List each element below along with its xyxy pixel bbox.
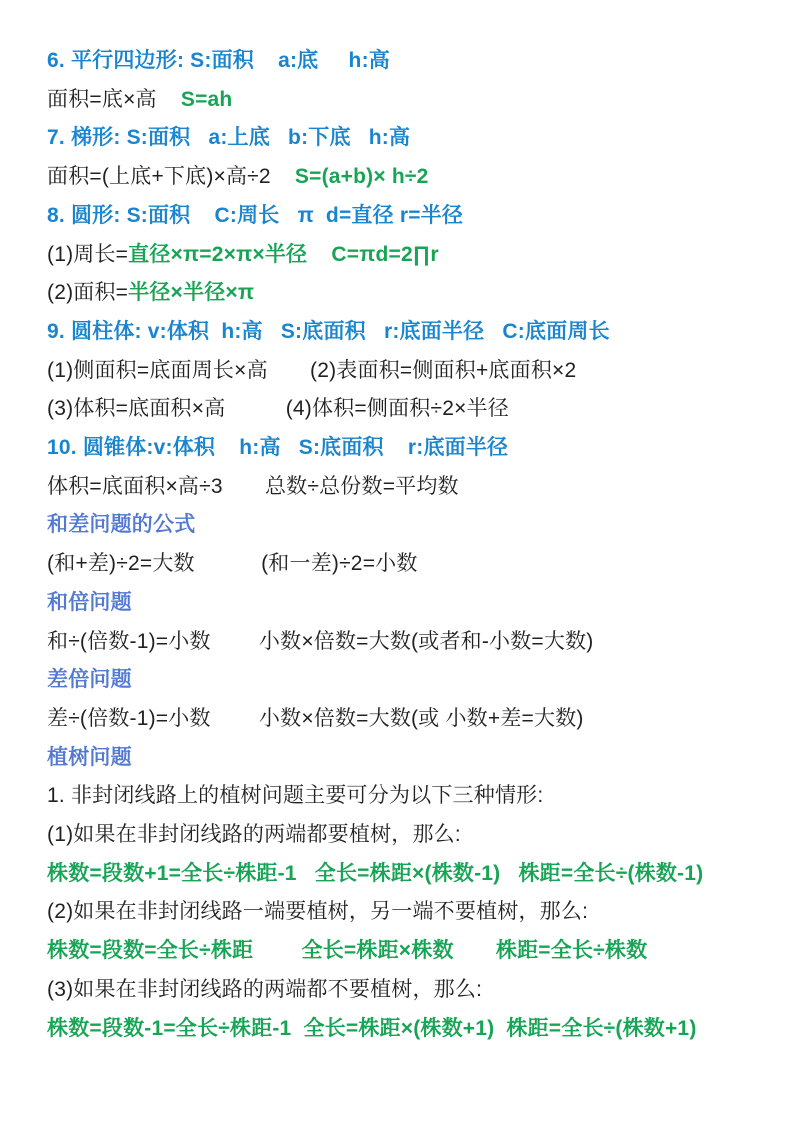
heading-trapezoid-segment-1: 7. 梯形: S:面积 a:上底 b:下底 h:高 <box>47 126 410 149</box>
heading-sum-difference: 和差问题的公式 <box>47 506 765 545</box>
formula-tree-case1: 株数=段数+1=全长÷株距-1 全长=株距×(株数-1) 株距=全长÷(株数-1… <box>47 855 765 894</box>
formula-circle-area-segment-2: 半径×半径×π <box>128 281 254 304</box>
formula-circle-circumference: (1)周长=直径×π=2×π×半径 C=πd=2∏r <box>47 236 765 275</box>
formula-cylinder-volume-segment-1: (3)体积=底面积×高 (4)体积=侧面积÷2×半径 <box>47 397 509 420</box>
formula-cylinder-surface-segment-1: (1)侧面积=底面周长×高 (2)表面积=侧面积+底面积×2 <box>47 359 576 382</box>
formula-cylinder-surface: (1)侧面积=底面周长×高 (2)表面积=侧面积+底面积×2 <box>47 352 765 391</box>
text-tree-case1: (1)如果在非封闭线路的两端都要植树，那么: <box>47 816 765 855</box>
formula-cylinder-volume: (3)体积=底面积×高 (4)体积=侧面积÷2×半径 <box>47 390 765 429</box>
heading-cylinder: 9. 圆柱体: v:体积 h:高 S:底面积 r:底面半径 C:底面周长 <box>47 313 765 352</box>
formula-trapezoid-area-segment-1: 面积=(上底+下底)×高÷2 <box>47 165 295 188</box>
heading-trapezoid: 7. 梯形: S:面积 a:上底 b:下底 h:高 <box>47 119 765 158</box>
formula-trapezoid-area: 面积=(上底+下底)×高÷2 S=(a+b)× h÷2 <box>47 158 765 197</box>
formula-sum-difference: (和+差)÷2=大数 (和一差)÷2=小数 <box>47 545 765 584</box>
text-tree-planting-intro-segment-1: 1. 非封闭线路上的植树问题主要可分为以下三种情形: <box>47 784 543 807</box>
formula-sum-difference-segment-1: (和+差)÷2=大数 (和一差)÷2=小数 <box>47 552 418 575</box>
formula-tree-case3: 株数=段数-1=全长÷株距-1 全长=株距×(株数+1) 株距=全长÷(株数+1… <box>47 1010 765 1049</box>
formula-tree-case3-segment-1: 株数=段数-1=全长÷株距-1 全长=株距×(株数+1) 株距=全长÷(株数+1… <box>47 1017 697 1040</box>
formula-trapezoid-area-segment-2: S=(a+b)× h÷2 <box>295 165 429 188</box>
heading-sum-multiple: 和倍问题 <box>47 584 765 623</box>
heading-sum-multiple-segment-1: 和倍问题 <box>47 591 132 614</box>
formula-parallelogram-area-segment-2: S=ah <box>181 88 233 111</box>
heading-circle-segment-1: 8. 圆形: S:面积 C:周长 π d=直径 r=半径 <box>47 204 463 227</box>
formula-tree-case2-segment-1: 株数=段数=全长÷株距 全长=株距×株数 株距=全长÷株数 <box>47 939 647 962</box>
heading-parallelogram: 6. 平行四边形: S:面积 a:底 h:高 <box>47 42 765 81</box>
heading-cone: 10. 圆锥体:v:体积 h:高 S:底面积 r:底面半径 <box>47 429 765 468</box>
formula-cone-volume: 体积=底面积×高÷3 总数÷总份数=平均数 <box>47 468 765 507</box>
formula-sum-multiple: 和÷(倍数-1)=小数 小数×倍数=大数(或者和-小数=大数) <box>47 623 765 662</box>
formula-difference-multiple-segment-1: 差÷(倍数-1)=小数 小数×倍数=大数(或 小数+差=大数) <box>47 707 584 730</box>
formula-parallelogram-area: 面积=底×高 S=ah <box>47 81 765 120</box>
heading-tree-planting: 植树问题 <box>47 739 765 778</box>
text-tree-case3-segment-1: (3)如果在非封闭线路的两端都不要植树，那么: <box>47 978 482 1001</box>
heading-parallelogram-segment-1: 6. 平行四边形: S:面积 a:底 h:高 <box>47 49 390 72</box>
formula-sum-multiple-segment-1: 和÷(倍数-1)=小数 小数×倍数=大数(或者和-小数=大数) <box>47 630 594 653</box>
formula-lines-container: 6. 平行四边形: S:面积 a:底 h:高面积=底×高 S=ah7. 梯形: … <box>47 42 765 1048</box>
formula-parallelogram-area-segment-1: 面积=底×高 <box>47 88 181 111</box>
formula-tree-case1-segment-1: 株数=段数+1=全长÷株距-1 全长=株距×(株数-1) 株距=全长÷(株数-1… <box>47 862 703 885</box>
formula-tree-case2: 株数=段数=全长÷株距 全长=株距×株数 株距=全长÷株数 <box>47 932 765 971</box>
heading-difference-multiple: 差倍问题 <box>47 661 765 700</box>
heading-cone-segment-1: 10. 圆锥体:v:体积 h:高 S:底面积 r:底面半径 <box>47 436 508 459</box>
formula-circle-circumference-segment-2: 直径×π=2×π×半径 C=πd=2∏r <box>128 243 439 266</box>
text-tree-case1-segment-1: (1)如果在非封闭线路的两端都要植树，那么: <box>47 823 461 846</box>
text-tree-case2: (2)如果在非封闭线路一端要植树，另一端不要植树，那么: <box>47 893 765 932</box>
heading-difference-multiple-segment-1: 差倍问题 <box>47 668 132 691</box>
heading-circle: 8. 圆形: S:面积 C:周长 π d=直径 r=半径 <box>47 197 765 236</box>
heading-sum-difference-segment-1: 和差问题的公式 <box>47 513 195 536</box>
formula-circle-circumference-segment-1: (1)周长= <box>47 243 128 266</box>
heading-tree-planting-segment-1: 植树问题 <box>47 746 132 769</box>
formula-difference-multiple: 差÷(倍数-1)=小数 小数×倍数=大数(或 小数+差=大数) <box>47 700 765 739</box>
text-tree-planting-intro: 1. 非封闭线路上的植树问题主要可分为以下三种情形: <box>47 777 765 816</box>
formula-circle-area-segment-1: (2)面积= <box>47 281 128 304</box>
formula-cone-volume-segment-1: 体积=底面积×高÷3 总数÷总份数=平均数 <box>47 475 459 498</box>
heading-cylinder-segment-1: 9. 圆柱体: v:体积 h:高 S:底面积 r:底面半径 C:底面周长 <box>47 320 610 343</box>
formula-document-page: 6. 平行四边形: S:面积 a:底 h:高面积=底×高 S=ah7. 梯形: … <box>0 0 793 1121</box>
text-tree-case3: (3)如果在非封闭线路的两端都不要植树，那么: <box>47 971 765 1010</box>
formula-circle-area: (2)面积=半径×半径×π <box>47 274 765 313</box>
text-tree-case2-segment-1: (2)如果在非封闭线路一端要植树，另一端不要植树，那么: <box>47 900 588 923</box>
